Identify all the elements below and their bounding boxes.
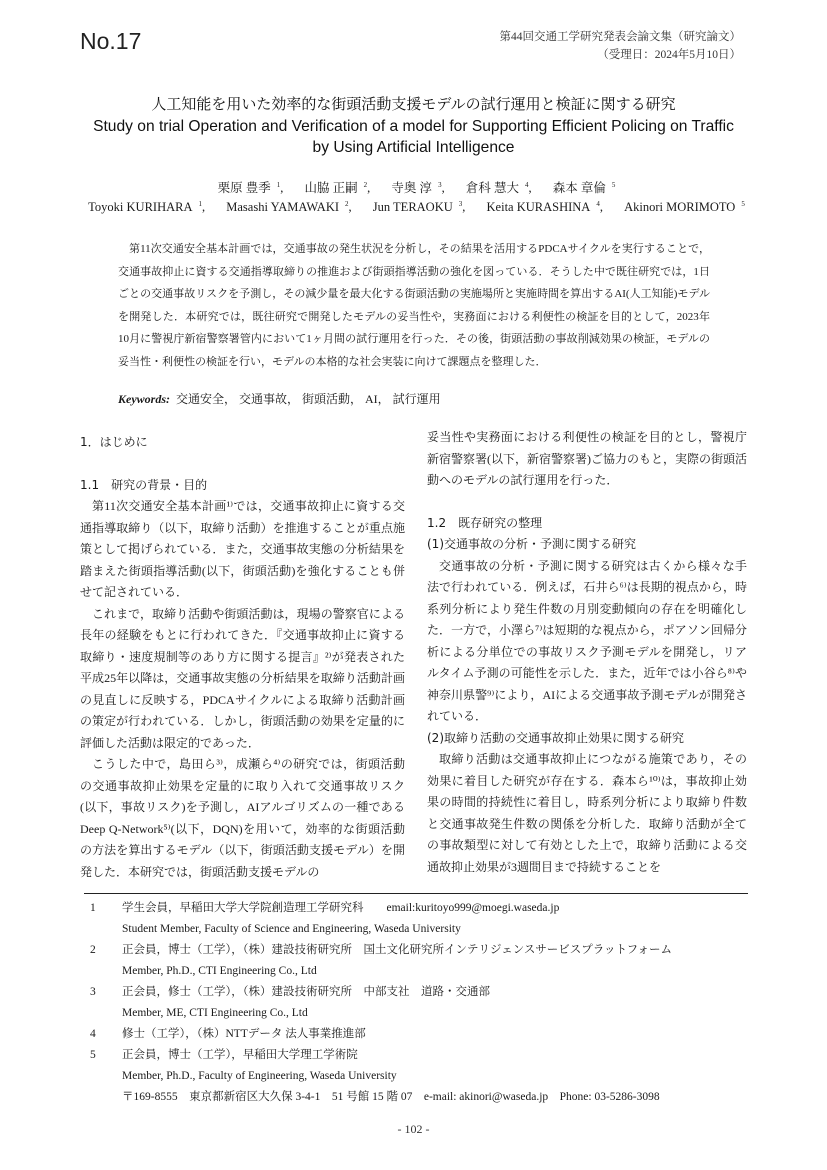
body-left-column: 1．はじめに 1.1 研究の背景・目的 第11次交通安全基本計画¹⁾では，交通事… [80,432,405,883]
author-ja: 山脇 正嗣2, [299,181,371,195]
author-ja: 寺奥 淳3, [385,181,444,195]
author-en: Jun TERAOKU3, [367,200,466,214]
keywords: Keywords:交通安全， 交通事故， 街頭活動， AI， 試行運用 [118,390,441,407]
footnote-english: Member, Ph.D., Faculty of Engineering, W… [90,1066,750,1087]
authors-japanese: 栗原 豊季1, 山脇 正嗣2, 寺奥 淳3, 倉科 慧大4, 森本 章倫5 [0,178,827,196]
page-number: - 102 - [0,1122,827,1137]
subsection-heading: 1.1 研究の背景・目的 [80,475,405,497]
footnote-english: Student Member, Faculty of Science and E… [90,919,750,940]
authors-english: Toyoki KURIHARA1, Masashi YAMAWAKI2, Jun… [0,200,827,215]
author-en: Masashi YAMAWAKI2, [220,200,351,214]
paragraph: 交通事故の分析・予測に関する研究は古くから様々な手法で行われている．例えば，石井… [427,556,747,728]
paragraph: 妥当性や実務面における利便性の検証を目的とし，警視庁新宿警察署(以下，新宿警察署… [427,427,747,492]
author-en: Toyoki KURIHARA1, [82,200,205,214]
footnote: 2正会員，博士（工学），（株）建設技術研究所 国土文化研究所インテリジェンスサー… [90,940,750,961]
footnote: 4修士（工学），（株）NTTデータ 法人事業推進部 [90,1024,750,1045]
author-ja: 森本 章倫5 [547,181,616,195]
paper-number: No.17 [80,28,141,55]
footnotes: 1学生会員，早稲田大学大学院創造理工学研究科 email:kuritoyo999… [90,898,750,1108]
footnote: 5正会員，博士（工学），早稲田大学理工学術院 [90,1045,750,1066]
proceedings-header: 第44回交通工学研究発表会論文集（研究論文） （受理日：2024年5月10日） [500,28,742,64]
abstract: 第11次交通安全基本計画では，交通事故の発生状況を分析し，その結果を活用するPD… [118,238,710,374]
proceedings-title: 第44回交通工学研究発表会論文集（研究論文） [500,28,742,46]
footnote: 3正会員，修士（工学），（株）建設技術研究所 中部支社 道路・交通部 [90,982,750,1003]
title-japanese: 人工知能を用いた効率的な街頭活動支援モデルの試行運用と検証に関する研究 [0,93,827,114]
title-english: Study on trial Operation and Verificatio… [0,116,827,158]
section-heading: 1．はじめに [80,432,405,454]
keywords-label: Keywords: [118,392,170,406]
received-date: （受理日：2024年5月10日） [500,46,742,64]
author-en: Akinori MORIMOTO5 [618,200,745,214]
footnote-english: Member, Ph.D., CTI Engineering Co., Ltd [90,961,750,982]
body-right-column: 妥当性や実務面における利便性の検証を目的とし，警視庁新宿警察署(以下，新宿警察署… [427,427,747,878]
footnote: 1学生会員，早稲田大学大学院創造理工学研究科 email:kuritoyo999… [90,898,750,919]
paragraph: 第11次交通安全基本計画¹⁾では，交通事故抑止に資する交通指導取締り（以下，取締… [80,496,405,604]
sub-subsection-heading: (1)交通事故の分析・予測に関する研究 [427,534,747,556]
author-en: Keita KURASHINA4, [481,200,603,214]
keywords-text: 交通安全， 交通事故， 街頭活動， AI， 試行運用 [176,392,441,406]
author-ja: 倉科 慧大4, [460,181,532,195]
footnote-divider [84,893,748,894]
subsection-heading: 1.2 既存研究の整理 [427,513,747,535]
title-english-line2: by Using Artificial Intelligence [0,137,827,158]
paragraph: 取締り活動は交通事故抑止につながる施策であり，その効果に着目した研究が存在する．… [427,749,747,878]
paragraph: これまで，取締り活動や街頭活動は，現場の警察官による長年の経験をもとに行われてき… [80,604,405,755]
sub-subsection-heading: (2)取締り活動の交通事故抑止効果に関する研究 [427,728,747,750]
paragraph: こうした中で，島田ら³⁾，成瀬ら⁴⁾の研究では，街頭活動の交通事故抑止効果を定量… [80,754,405,883]
title-english-line1: Study on trial Operation and Verificatio… [0,116,827,137]
author-ja: 栗原 豊季1, [212,181,284,195]
footnote-english: Member, ME, CTI Engineering Co., Ltd [90,1003,750,1024]
footnote-address: 〒169-8555 東京都新宿区大久保 3-4-1 51 号館 15 階 07 … [90,1087,750,1108]
